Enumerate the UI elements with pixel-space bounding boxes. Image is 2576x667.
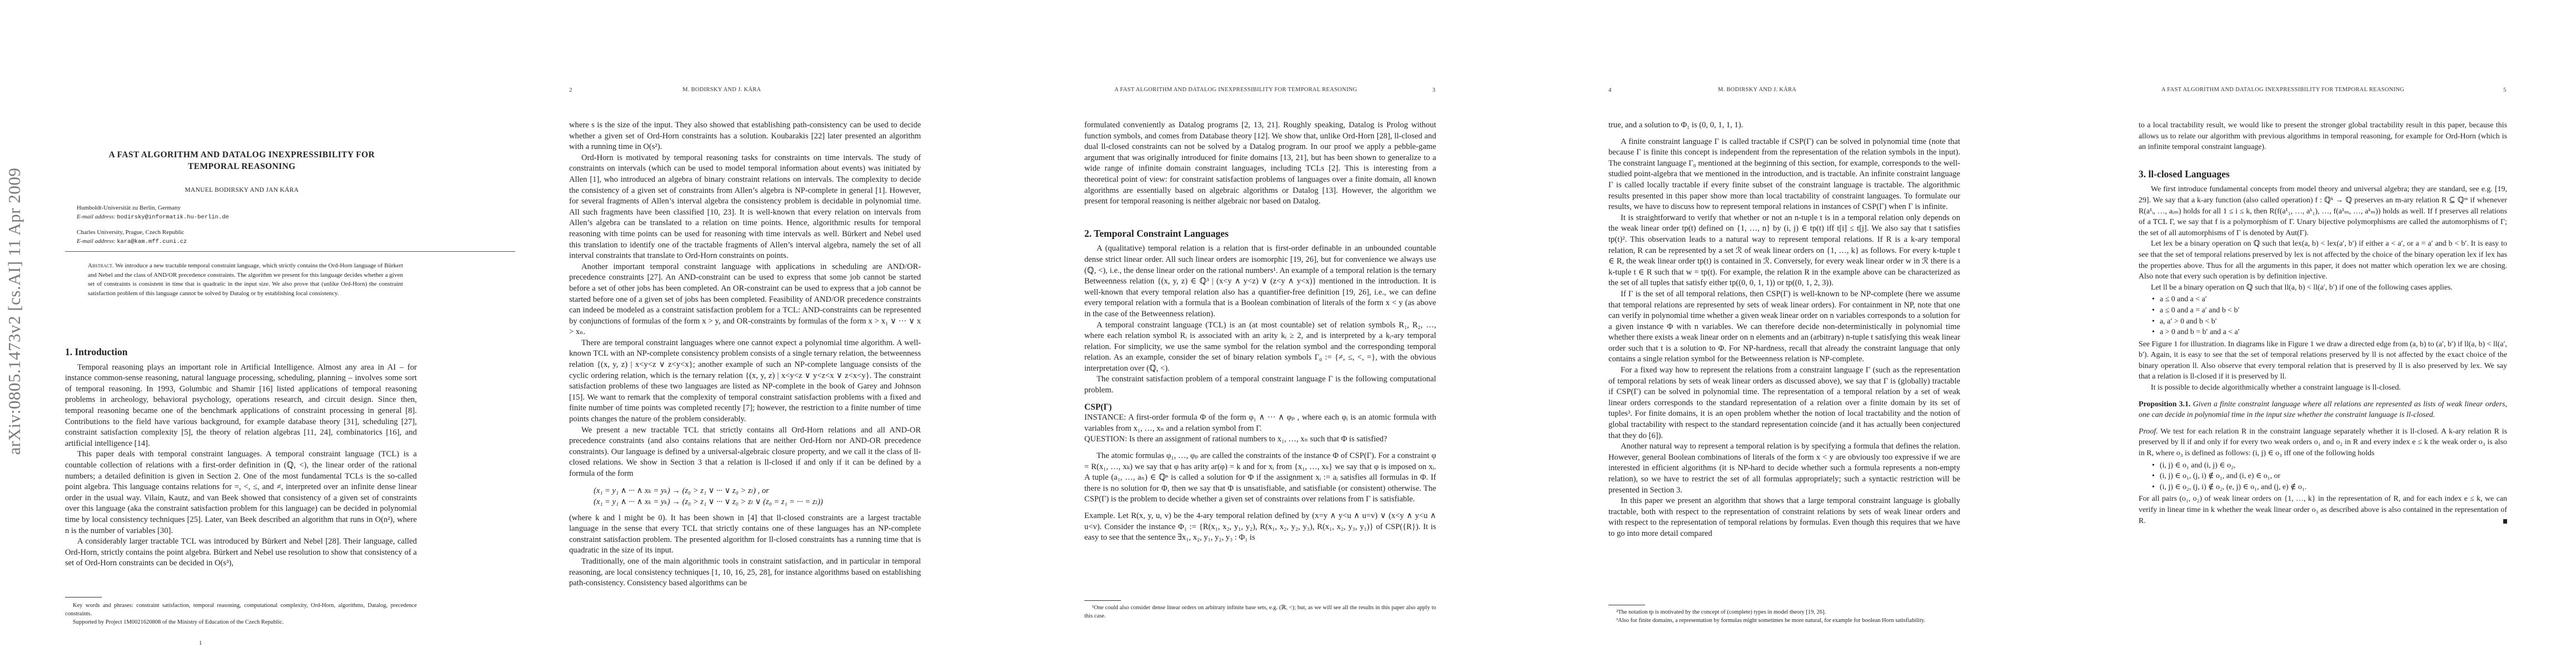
header-rule: [65, 251, 515, 252]
email-label: E-mail address: [77, 213, 114, 220]
email-link[interactable]: bodirsky@informatik.hu-berlin.de: [117, 214, 229, 221]
section-heading: 2. Temporal Constraint Languages: [1084, 228, 1436, 240]
abstract-text: We introduce a new tractable temporal co…: [88, 262, 403, 297]
footnote-keywords: Key words and phrases: constraint satisf…: [65, 601, 417, 618]
page-number: 2: [569, 87, 572, 93]
paragraph: We present a new tractable TCL that stri…: [569, 425, 921, 480]
list-item: (i, j) ∈ o₁, (j, i) ∉ o₁, and (i, e) ∈ o…: [2154, 471, 2507, 482]
csp-question: QUESTION: Is there an assignment of rati…: [1084, 434, 1436, 445]
qed-symbol: [2503, 519, 2507, 524]
paragraph: This paper deals with temporal constrain…: [65, 449, 417, 536]
page-number: 1: [199, 640, 202, 646]
arxiv-stamp: arXiv:0805.1473v2 [cs.AI] 11 Apr 2009: [4, 168, 24, 455]
page-3-body: formulated conveniently as Datalog progr…: [1084, 120, 1436, 544]
title-line-1: A FAST ALGORITHM AND DATALOG INEXPRESSIB…: [44, 149, 439, 161]
paragraph: Traditionally, one of the main algorithm…: [569, 556, 921, 589]
paragraph: The constraint satisfaction problem of a…: [1084, 374, 1436, 396]
paper-title: A FAST ALGORITHM AND DATALOG INEXPRESSIB…: [44, 149, 439, 172]
title-line-2: TEMPORAL REASONING: [44, 161, 439, 172]
page-1-body: 1. Introduction Temporal reasoning plays…: [65, 347, 417, 569]
running-head: M. BODIRSKY AND J. KÁRA: [682, 87, 761, 93]
page-4-body: true, and a solution to Φ₁ is (0, 0, 1, …: [1608, 120, 1960, 540]
affiliation-2: Charles University, Prague, Czech Republ…: [77, 228, 187, 246]
list-item: a ≤ 0 and a = a′ and b < b′: [2154, 305, 2507, 316]
paragraph: Let ll be a binary operation on ℚ such t…: [2139, 282, 2507, 293]
abstract: Abstract. We introduce a new tractable t…: [88, 261, 403, 298]
paragraph: See Figure 1 for illustration. In diagra…: [2139, 339, 2507, 382]
footnotes: ¹One could also consider dense linear or…: [1084, 604, 1436, 620]
paragraph: A (qualitative) temporal relation is a r…: [1084, 243, 1436, 320]
paragraph: It is possible to decide algorithmically…: [2139, 382, 2507, 394]
footnote-rule: [1608, 605, 1645, 605]
footnote-support: Supported by Project 1M0021620808 of the…: [65, 618, 417, 626]
list-item: a, a′ > 0 and b < b′: [2154, 316, 2507, 327]
paragraph: A considerably larger tractable TCL was …: [65, 536, 417, 569]
paragraph: to a local tractability result, we would…: [2139, 120, 2507, 153]
proof-conclusion: For all pairs (o₁, o₂) of weak linear or…: [2139, 494, 2507, 526]
csp-problem-definition: CSP(Γ) INSTANCE: A first-order formula Φ…: [1084, 402, 1436, 445]
page-4: 4 M. BODIRSKY AND J. KÁRA true, and a so…: [1546, 0, 2061, 667]
example: Example. Let R(x, y, u, v) be the 4-ary …: [1084, 511, 1436, 544]
proof-end-text: For all pairs (o₁, o₂) of weak linear or…: [2139, 495, 2507, 525]
csp-instance: INSTANCE: A first-order formula Φ of the…: [1084, 412, 1436, 434]
paragraph: For a fixed way how to represent the rel…: [1608, 365, 1960, 441]
paragraph: There are temporal constraint languages …: [569, 338, 921, 425]
list-item: (i, j) ∈ o₁ and (i, j) ∈ o₂,: [2154, 460, 2507, 471]
authors: MANUEL BODIRSKY AND JAN KÁRA: [44, 187, 439, 193]
page-3: A FAST ALGORITHM AND DATALOG INEXPRESSIB…: [1030, 0, 1546, 667]
email-link[interactable]: kara@kam.mff.cuni.cz: [117, 238, 187, 245]
affiliation-institution: Charles University, Prague, Czech Republ…: [77, 228, 187, 237]
paragraph: Another natural way to represent a tempo…: [1608, 441, 1960, 496]
footnote: ²The notation tp is motivated by the con…: [1608, 608, 1960, 616]
paragraph: A temporal constraint language (TCL) is …: [1084, 320, 1436, 375]
proposition-text: Given a finite constraint language where…: [2139, 400, 2507, 420]
footnotes: Key words and phrases: constraint satisf…: [65, 601, 417, 626]
section-heading: 3. ll-closed Languages: [2139, 169, 2507, 180]
paragraph: In this paper we present an algorithm th…: [1608, 496, 1960, 539]
list-item: a ≤ 0 and a < a′: [2154, 294, 2507, 305]
footnotes: ²The notation tp is motivated by the con…: [1608, 608, 1960, 625]
list-item: a > 0 and b = b′ and a < a′: [2154, 327, 2507, 338]
paragraph: It is straightforward to verify that whe…: [1608, 213, 1960, 289]
paragraph: where s is the size of the input. They a…: [569, 120, 921, 153]
ll-cases-list: a ≤ 0 and a < a′ a ≤ 0 and a = a′ and b …: [2154, 294, 2507, 337]
list-item: (i, j) ∈ o₂, (j, i) ∉ o₂, (e, j) ∈ o₁, a…: [2154, 482, 2507, 493]
page-number: 4: [1608, 87, 1612, 93]
paragraph: (where k and l might be 0). It has been …: [569, 513, 921, 556]
proof: Proof. We test for each relation R in th…: [2139, 426, 2507, 459]
csp-title: CSP(Γ): [1084, 402, 1436, 413]
paragraph: A finite constraint language Γ is called…: [1608, 137, 1960, 213]
section-heading: 1. Introduction: [65, 347, 417, 358]
paragraph: true, and a solution to Φ₁ is (0, 0, 1, …: [1608, 120, 1960, 131]
page-5-body: to a local tractability result, we would…: [2139, 120, 2507, 526]
equation: (x₁ = y₁ ∧ ··· ∧ xₖ = yₖ) → (z₀ > z₁ ∨ ·…: [569, 496, 921, 507]
paragraph: Let lex be a binary operation on ℚ such …: [2139, 238, 2507, 282]
paragraph: Temporal reasoning plays an important ro…: [65, 362, 417, 450]
proposition: Proposition 3.1. Given a finite constrai…: [2139, 399, 2507, 421]
paragraph: The atomic formulas φ₁, …, φₚ are called…: [1084, 451, 1436, 505]
paragraph: formulated conveniently as Datalog progr…: [1084, 120, 1436, 207]
email-label: E-mail address: [77, 238, 114, 245]
page-1: arXiv:0805.1473v2 [cs.AI] 11 Apr 2009 A …: [0, 0, 515, 667]
proof-text: We test for each relation R in the const…: [2139, 427, 2507, 457]
paragraph: Ord-Horn is motivated by temporal reason…: [569, 153, 921, 262]
paragraph: If Γ is the set of all temporal relation…: [1608, 289, 1960, 365]
page-5: A FAST ALGORITHM AND DATALOG INEXPRESSIB…: [2061, 0, 2576, 667]
abstract-label: Abstract.: [88, 262, 114, 269]
page-number: 5: [2503, 87, 2507, 93]
running-head: A FAST ALGORITHM AND DATALOG INEXPRESSIB…: [2161, 87, 2404, 93]
proof-cases-list: (i, j) ∈ o₁ and (i, j) ∈ o₂, (i, j) ∈ o₁…: [2154, 460, 2507, 493]
proposition-label: Proposition 3.1.: [2139, 400, 2190, 409]
running-head: M. BODIRSKY AND J. KÁRA: [1718, 87, 1796, 93]
footnote: ¹One could also consider dense linear or…: [1084, 604, 1436, 620]
proof-label: Proof.: [2139, 427, 2158, 436]
affiliation-institution: Humboldt-Universität zu Berlin, Germany: [77, 203, 229, 212]
footnote-rule: [65, 597, 102, 598]
equation: (x₁ = y₁ ∧ ··· ∧ xₖ = yₖ) → (z₀ > z₁ ∨ ·…: [569, 485, 921, 496]
page-2: 2 M. BODIRSKY AND J. KÁRA where s is the…: [515, 0, 1030, 667]
paragraph: Another important temporal constraint la…: [569, 262, 921, 338]
running-head: A FAST ALGORITHM AND DATALOG INEXPRESSIB…: [1114, 87, 1357, 93]
affiliation-1: Humboldt-Universität zu Berlin, Germany …: [77, 203, 229, 222]
page-number: 3: [1432, 87, 1436, 93]
footnote: ³Also for finite domains, a representati…: [1608, 616, 1960, 625]
paragraph: We first introduce fundamental concepts …: [2139, 184, 2507, 238]
footnote-rule: [1084, 600, 1121, 601]
page-2-body: where s is the size of the input. They a…: [569, 120, 921, 589]
